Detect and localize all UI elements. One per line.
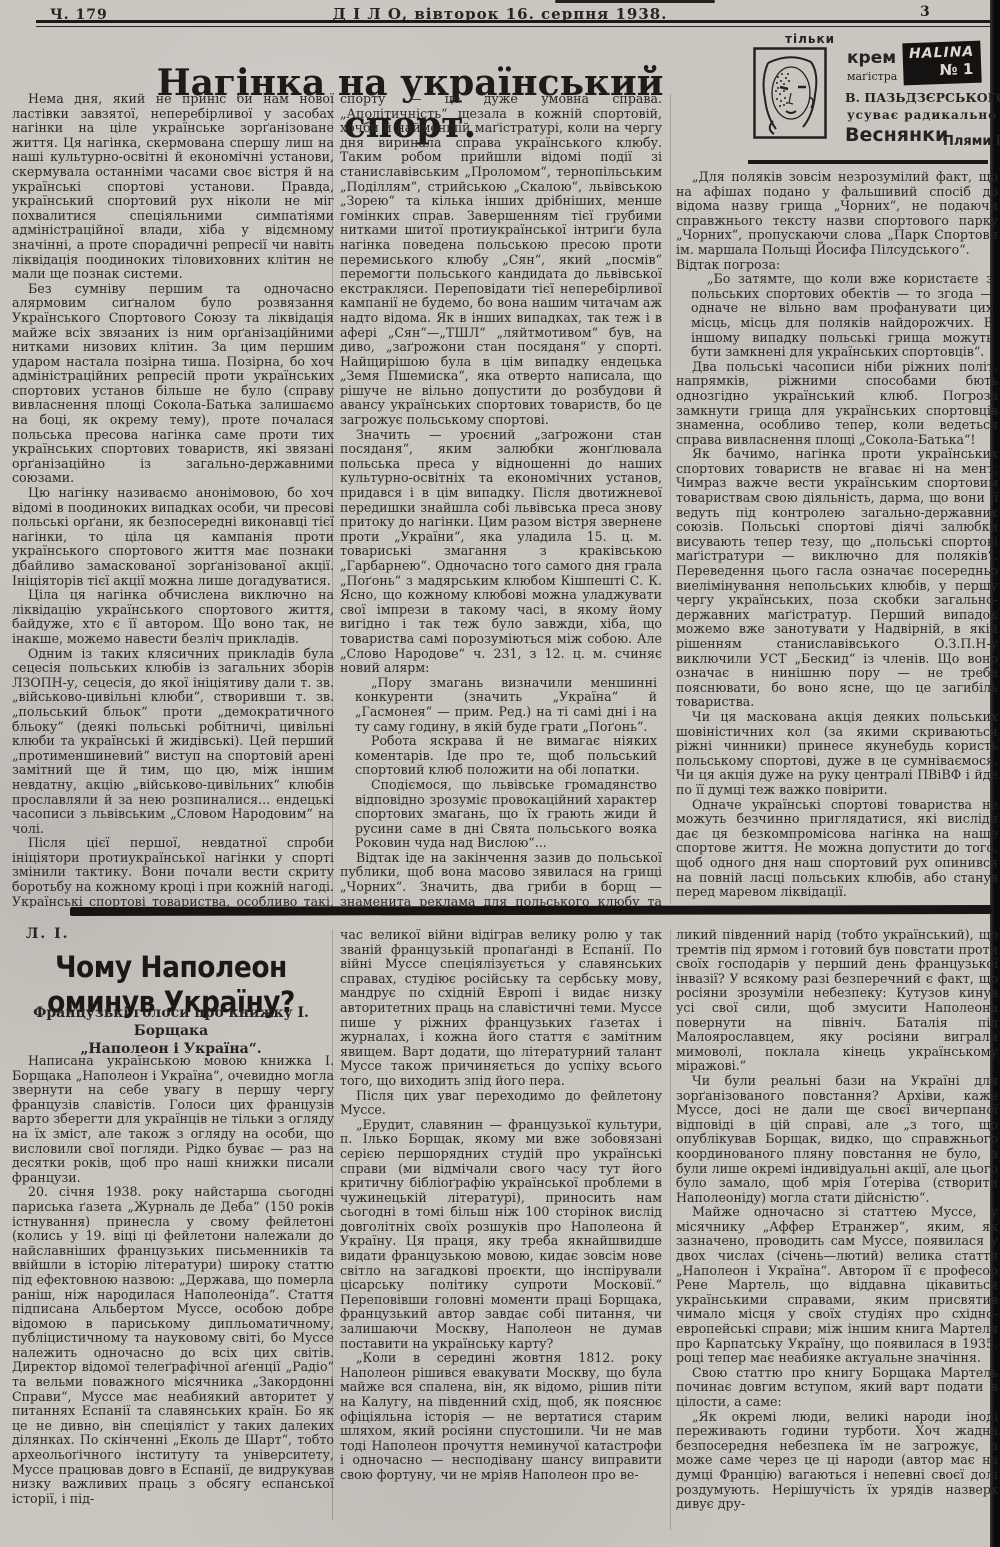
article2-subtitle: Французькі голоси про книжку І. Борщака … xyxy=(10,1004,332,1058)
paragraph: Нема дня, який не приніс би нам нової ла… xyxy=(12,92,334,282)
paragraph: Ціла ця нагінка обчислена виключно на лі… xyxy=(12,588,334,646)
paragraph: Одним із таких клясичних прикладів була … xyxy=(12,647,334,837)
paragraph: Цю нагінку називаємо анонімовою, бо хоч … xyxy=(12,486,334,588)
paragraph: Свою статтю про книгу Борщака Мартель по… xyxy=(676,1366,998,1410)
ad-krem-label: крем xyxy=(847,48,896,68)
paragraph: „Ерудит, славянин — французької культури… xyxy=(340,1118,662,1352)
paragraph: Одначе українські спортові товариства не… xyxy=(676,798,998,900)
article2-subtitle-line1: Французькі голоси про книжку І. Борщака xyxy=(10,1004,332,1040)
paragraph: „Коли в середині жовтня 1812. року Напол… xyxy=(340,1351,662,1482)
ad-bottom-rule xyxy=(748,160,988,164)
cream-advertisement: тільки крем маґістра HALINA № 1 xyxy=(745,32,990,158)
paragraph: 20. січня 1938. року найстарша сьогодні … xyxy=(12,1185,334,1506)
article2-column-1: Написана українською мовою книжка І. Бор… xyxy=(12,1054,334,1506)
paragraph: Сподіємося, що львівське громадянство ві… xyxy=(355,778,657,851)
paragraph: Робота яскрава й не вимагає ніяких комен… xyxy=(355,734,657,778)
paragraph: ликий південний нарід (тобто український… xyxy=(676,928,998,1074)
woman-face-illustration xyxy=(753,47,827,139)
paragraph: Значить — уроєний „заґрожони стан посяда… xyxy=(340,428,662,676)
ad-pharmacist-name: В. ПАЗЬДЗЄРСЬКОГО xyxy=(845,90,1000,105)
paragraph: Майже одночасно зі статтею Муссе, у міся… xyxy=(676,1205,998,1366)
ad-plamy-label: Плями і т. п. xyxy=(943,134,1000,149)
article2-byline: Л. І. xyxy=(26,926,70,942)
paragraph: „Для поляків зовсім незрозумілий факт, щ… xyxy=(676,170,998,258)
header-rule-bottom xyxy=(36,26,990,27)
paragraph: Після цих уваг переходимо до фейлетону М… xyxy=(340,1089,662,1118)
paragraph: „Бо затямте, що коли вже користаєте з по… xyxy=(691,272,993,360)
ad-vesnianky-label: Веснянки xyxy=(845,124,948,146)
article1-column-1: Нема дня, який не приніс би нам нової ла… xyxy=(12,92,334,908)
ad-only-label: тільки xyxy=(785,32,835,46)
article2-column-3: ликий південний нарід (тобто український… xyxy=(676,928,998,1512)
article1-column-2: спорту — це дуже умовна справа. „Аполіти… xyxy=(340,92,662,908)
page-number-label: 3 xyxy=(920,4,930,20)
column-rule xyxy=(670,94,671,904)
paragraph: Як бачимо, нагінка проти українських спо… xyxy=(676,447,998,710)
paragraph: Після цієї першої, невдатної спроби ініц… xyxy=(12,836,334,908)
paragraph: „Як окремі люди, великі народи іноді пер… xyxy=(676,1410,998,1512)
ad-badge-number: № 1 xyxy=(903,60,982,81)
paragraph: Написана українською мовою книжка І. Бор… xyxy=(12,1054,334,1185)
ad-action-label: усуває радикально xyxy=(847,108,997,122)
paragraph: Чи були реальні бази на Україні для зорґ… xyxy=(676,1074,998,1205)
paragraph: спорту — це дуже умовна справа. „Аполіти… xyxy=(340,92,662,428)
paragraph: Відтак погроза: xyxy=(676,258,998,273)
scan-artifact-top xyxy=(555,0,715,3)
paragraph: Два польські часописи ніби ріжних політ.… xyxy=(676,360,998,448)
article2-column-2: час великої війни відіграв велику ролю у… xyxy=(340,928,662,1483)
ad-magistra-label: маґістра xyxy=(847,70,897,83)
paragraph: Без сумніву першим та одночасно алярмови… xyxy=(12,282,334,486)
paragraph: „Пору змагань визначили меншинні конкуре… xyxy=(355,676,657,734)
newspaper-page: { "header": { "issue": "Ч. 179", "masthe… xyxy=(0,0,1000,1547)
header-rule-top xyxy=(36,20,990,23)
ad-halina-badge: HALINA № 1 xyxy=(902,41,981,86)
paragraph: Чи ця маскована акція деяких польських ш… xyxy=(676,710,998,798)
article1-column-3: „Для поляків зовсім незрозумілий факт, щ… xyxy=(676,170,998,908)
paragraph: Відтак іде на закінчення зазив до польсь… xyxy=(340,851,662,908)
column-rule xyxy=(670,930,671,1530)
paragraph: час великої війни відіграв велику ролю у… xyxy=(340,928,662,1089)
article-separator-rule xyxy=(70,905,992,916)
